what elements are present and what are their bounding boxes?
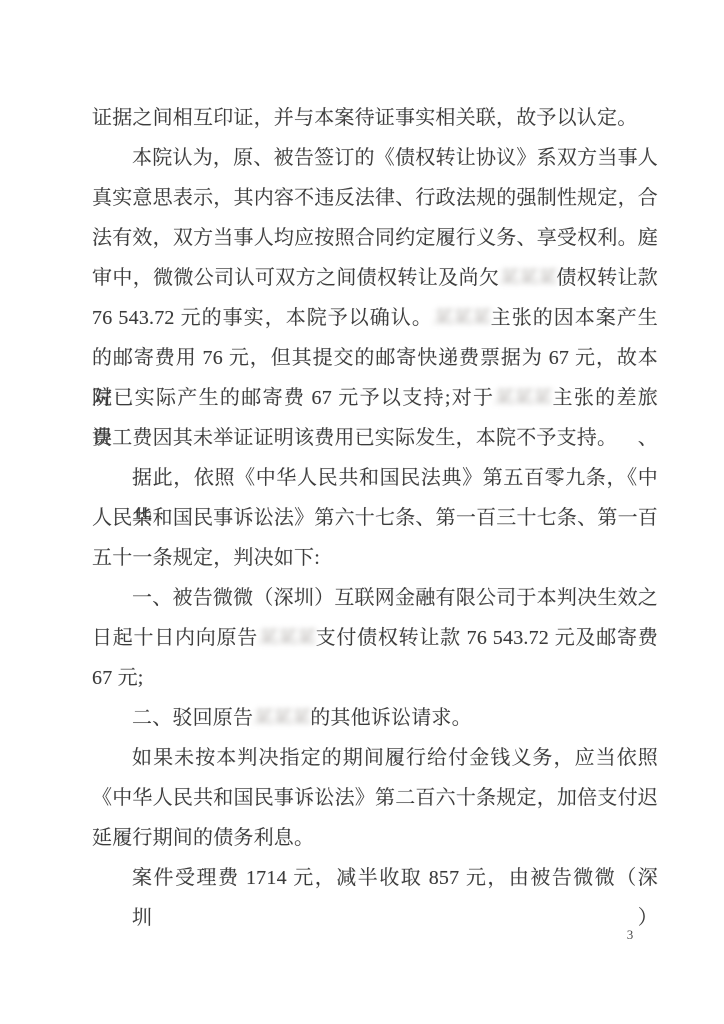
line-text: 延履行期间的债务利息。 — [92, 827, 314, 849]
document-line: 误工费因其未举证证明该费用已实际发生，本院不予支持。 — [92, 418, 658, 458]
document-line: 如果未按本判决指定的期间履行给付金钱义务，应当依照 — [92, 738, 658, 778]
document-line: 案件受理费 1714 元，减半收取 857 元，由被告微微（深圳） — [92, 858, 658, 898]
document-line: 人民共和国民事诉讼法》第六十七条、第一百三十七条、第一百 — [92, 498, 658, 538]
document-lines: 证据之间相互印证，并与本案待证事实相关联，故予以认定。本院认为，原、被告签订的《… — [92, 98, 658, 898]
document-line: 证据之间相互印证，并与本案待证事实相关联，故予以认定。 — [92, 98, 658, 138]
line-text: 主张的因本案产生 — [490, 307, 658, 329]
line-text: 的其他诉讼请求。 — [310, 707, 472, 729]
document-line: 一、被告微微（深圳）互联网金融有限公司于本判决生效之 — [92, 578, 658, 618]
line-text: 对已实际产生的邮寄费 67 元予以支持;对于 — [92, 387, 494, 409]
document-line: 法有效，双方当事人均应按照合同约定履行义务、享受权利。庭 — [92, 218, 658, 258]
line-text: 如果未按本判决指定的期间履行给付金钱义务，应当依照 — [132, 747, 658, 769]
court-judgment-page: 证据之间相互印证，并与本案待证事实相关联，故予以认定。本院认为，原、被告签订的《… — [0, 0, 724, 1024]
line-text: 证据之间相互印证，并与本案待证事实相关联，故予以认定。 — [92, 107, 637, 129]
document-line: 日起十日内向原告某某某支付债权转让款 76 543.72 元及邮寄费 — [92, 618, 658, 658]
document-line: 的邮寄费用 76 元，但其提交的邮寄快递费票据为 67 元，故本院 — [92, 338, 658, 378]
line-text: 一、被告微微（深圳）互联网金融有限公司于本判决生效之 — [132, 587, 658, 609]
line-text: 67 元; — [92, 667, 144, 689]
document-line: 五十一条规定，判决如下: — [92, 538, 658, 578]
document-line: 审中，微微公司认可双方之间债权转让及尚欠某某某债权转让款 — [92, 258, 658, 298]
document-line: 据此，依照《中华人民共和国民法典》第五百零九条，《中华 — [92, 458, 658, 498]
document-line: 真实意思表示，其内容不违反法律、行政法规的强制性规定，合 — [92, 178, 658, 218]
line-text: 支付债权转让款 76 543.72 元及邮寄费 — [315, 627, 658, 649]
redacted-name: 某某某 — [256, 620, 317, 656]
line-text: 二、驳回原告 — [132, 707, 253, 729]
line-text: 五十一条规定，判决如下: — [92, 547, 320, 569]
page-number: 3 — [620, 926, 640, 944]
line-text: 76 543.72 元的事实，本院予以确认。 — [92, 307, 433, 329]
document-line: 《中华人民共和国民事诉讼法》第二百六十条规定，加倍支付迟 — [92, 778, 658, 818]
line-text: 审中，微微公司认可双方之间债权转让及尚欠 — [92, 267, 499, 289]
document-line: 76 543.72 元的事实，本院予以确认。某某某主张的因本案产生 — [92, 298, 658, 338]
line-text: 案件受理费 1714 元，减半收取 857 元，由被告微微（深圳） — [132, 867, 658, 929]
line-text: 真实意思表示，其内容不违反法律、行政法规的强制性规定，合 — [92, 187, 658, 209]
line-text: 日起十日内向原告 — [92, 627, 258, 649]
redacted-name: 某某某 — [431, 300, 492, 336]
line-text: 本院认为，原、被告签订的《债权转让协议》系双方当事人 — [132, 147, 658, 169]
redacted-name: 某某某 — [251, 700, 312, 736]
line-text: 人民共和国民事诉讼法》第六十七条、第一百三十七条、第一百 — [92, 507, 658, 529]
line-text: 《中华人民共和国民事诉讼法》第二百六十条规定，加倍支付迟 — [92, 787, 658, 809]
line-text: 法有效，双方当事人均应按照合同约定履行义务、享受权利。庭 — [92, 227, 658, 249]
document-line: 二、驳回原告某某某的其他诉讼请求。 — [92, 698, 658, 738]
document-line: 67 元; — [92, 658, 658, 698]
line-text: 债权转让款 — [556, 267, 658, 289]
document-line: 本院认为，原、被告签订的《债权转让协议》系双方当事人 — [92, 138, 658, 178]
redacted-name: 某某某 — [492, 380, 553, 416]
document-line: 对已实际产生的邮寄费 67 元予以支持;对于某某某主张的差旅费、 — [92, 378, 658, 418]
document-line: 延履行期间的债务利息。 — [92, 818, 658, 858]
redacted-name: 某某某 — [497, 260, 558, 296]
line-text: 误工费因其未举证证明该费用已实际发生，本院不予支持。 — [92, 427, 617, 449]
